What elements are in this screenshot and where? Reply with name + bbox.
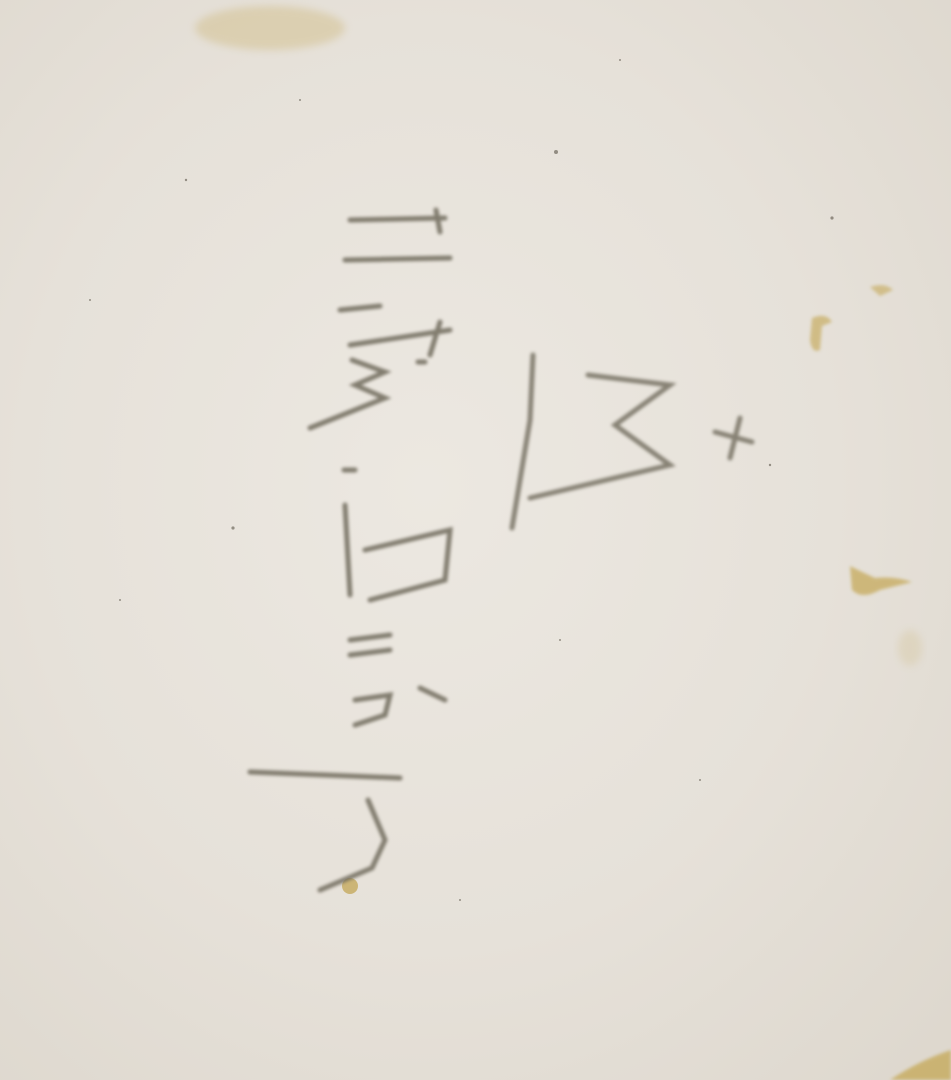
monogram-mark — [512, 355, 752, 528]
ceramic-surface — [0, 0, 951, 1080]
gold-stains — [195, 6, 951, 1080]
vertical-inscription — [250, 210, 450, 890]
